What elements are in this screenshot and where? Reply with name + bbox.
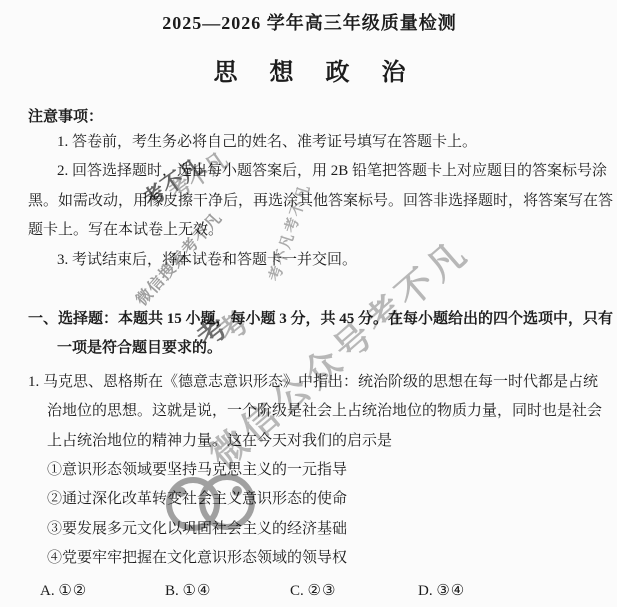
option-label: D.: [418, 583, 433, 599]
question-line: 上占统治地位的精神力量。这在今天对我们的启示是: [28, 427, 591, 456]
exam-paper: 2025—2026 学年高三年级质量检测 思 想 政 治 注意事项： 1. 答卷…: [0, 10, 617, 604]
option-value: ③④: [436, 583, 465, 599]
option-label: C.: [290, 583, 304, 599]
exam-title: 2025—2026 学年高三年级质量检测: [28, 10, 591, 36]
question-statement-4: ④党要牢牢把握在文化意识形态领域的领导权: [28, 544, 591, 573]
section-heading-cont: 一项是符合题目要求的。: [28, 334, 591, 363]
notice-heading: 注意事项：: [28, 106, 591, 128]
question-line: 治地位的思想。这就是说，一个阶级是社会上占统治地位的物质力量，同时也是社会: [28, 397, 591, 426]
answer-option-b: B. ①④: [165, 578, 211, 604]
question-line: 1. 马克思、恩格斯在《德意志意识形态》中指出：统治阶级的思想在每一时代都是占统: [28, 368, 591, 397]
subject-title: 思 想 政 治: [28, 56, 591, 90]
notice-line: 2. 回答选择题时，选出每小题答案后，用 2B 铅笔把答题卡上对应题目的答案标号…: [28, 157, 591, 186]
notice-line: 黑。如需改动，用橡皮擦干净后，再选涂其他答案标号。回答非选择题时，将答案写在答: [28, 187, 591, 216]
option-label: A.: [40, 583, 55, 599]
notice-line: 1. 答卷前，考生务必将自己的姓名、准考证号填写在答题卡上。: [28, 128, 591, 157]
option-label: B.: [165, 583, 179, 599]
option-value: ①②: [58, 583, 87, 599]
option-value: ①④: [183, 583, 212, 599]
answer-option-c: C. ②③: [290, 578, 336, 604]
question-statement-3: ③要发展多元文化以巩固社会主义的经济基础: [28, 515, 591, 544]
question-statement-2: ②通过深化改革转变社会主义意识形态的使命: [28, 485, 591, 514]
section-heading: 一、选择题：本题共 15 小题，每小题 3 分，共 45 分。在每小题给出的四个…: [28, 305, 591, 334]
notice-line: 题卡上。写在本试卷上无效。: [28, 216, 591, 245]
answer-options-row: A. ①② B. ①④ C. ②③ D. ③④: [28, 578, 591, 604]
answer-option-d: D. ③④: [418, 578, 465, 604]
answer-option-a: A. ①②: [40, 578, 87, 604]
question-statement-1: ①意识形态领域要坚持马克思主义的一元指导: [28, 456, 591, 485]
option-value: ②③: [308, 583, 337, 599]
notice-line: 3. 考试结束后，将本试卷和答题卡一并交回。: [28, 246, 591, 275]
